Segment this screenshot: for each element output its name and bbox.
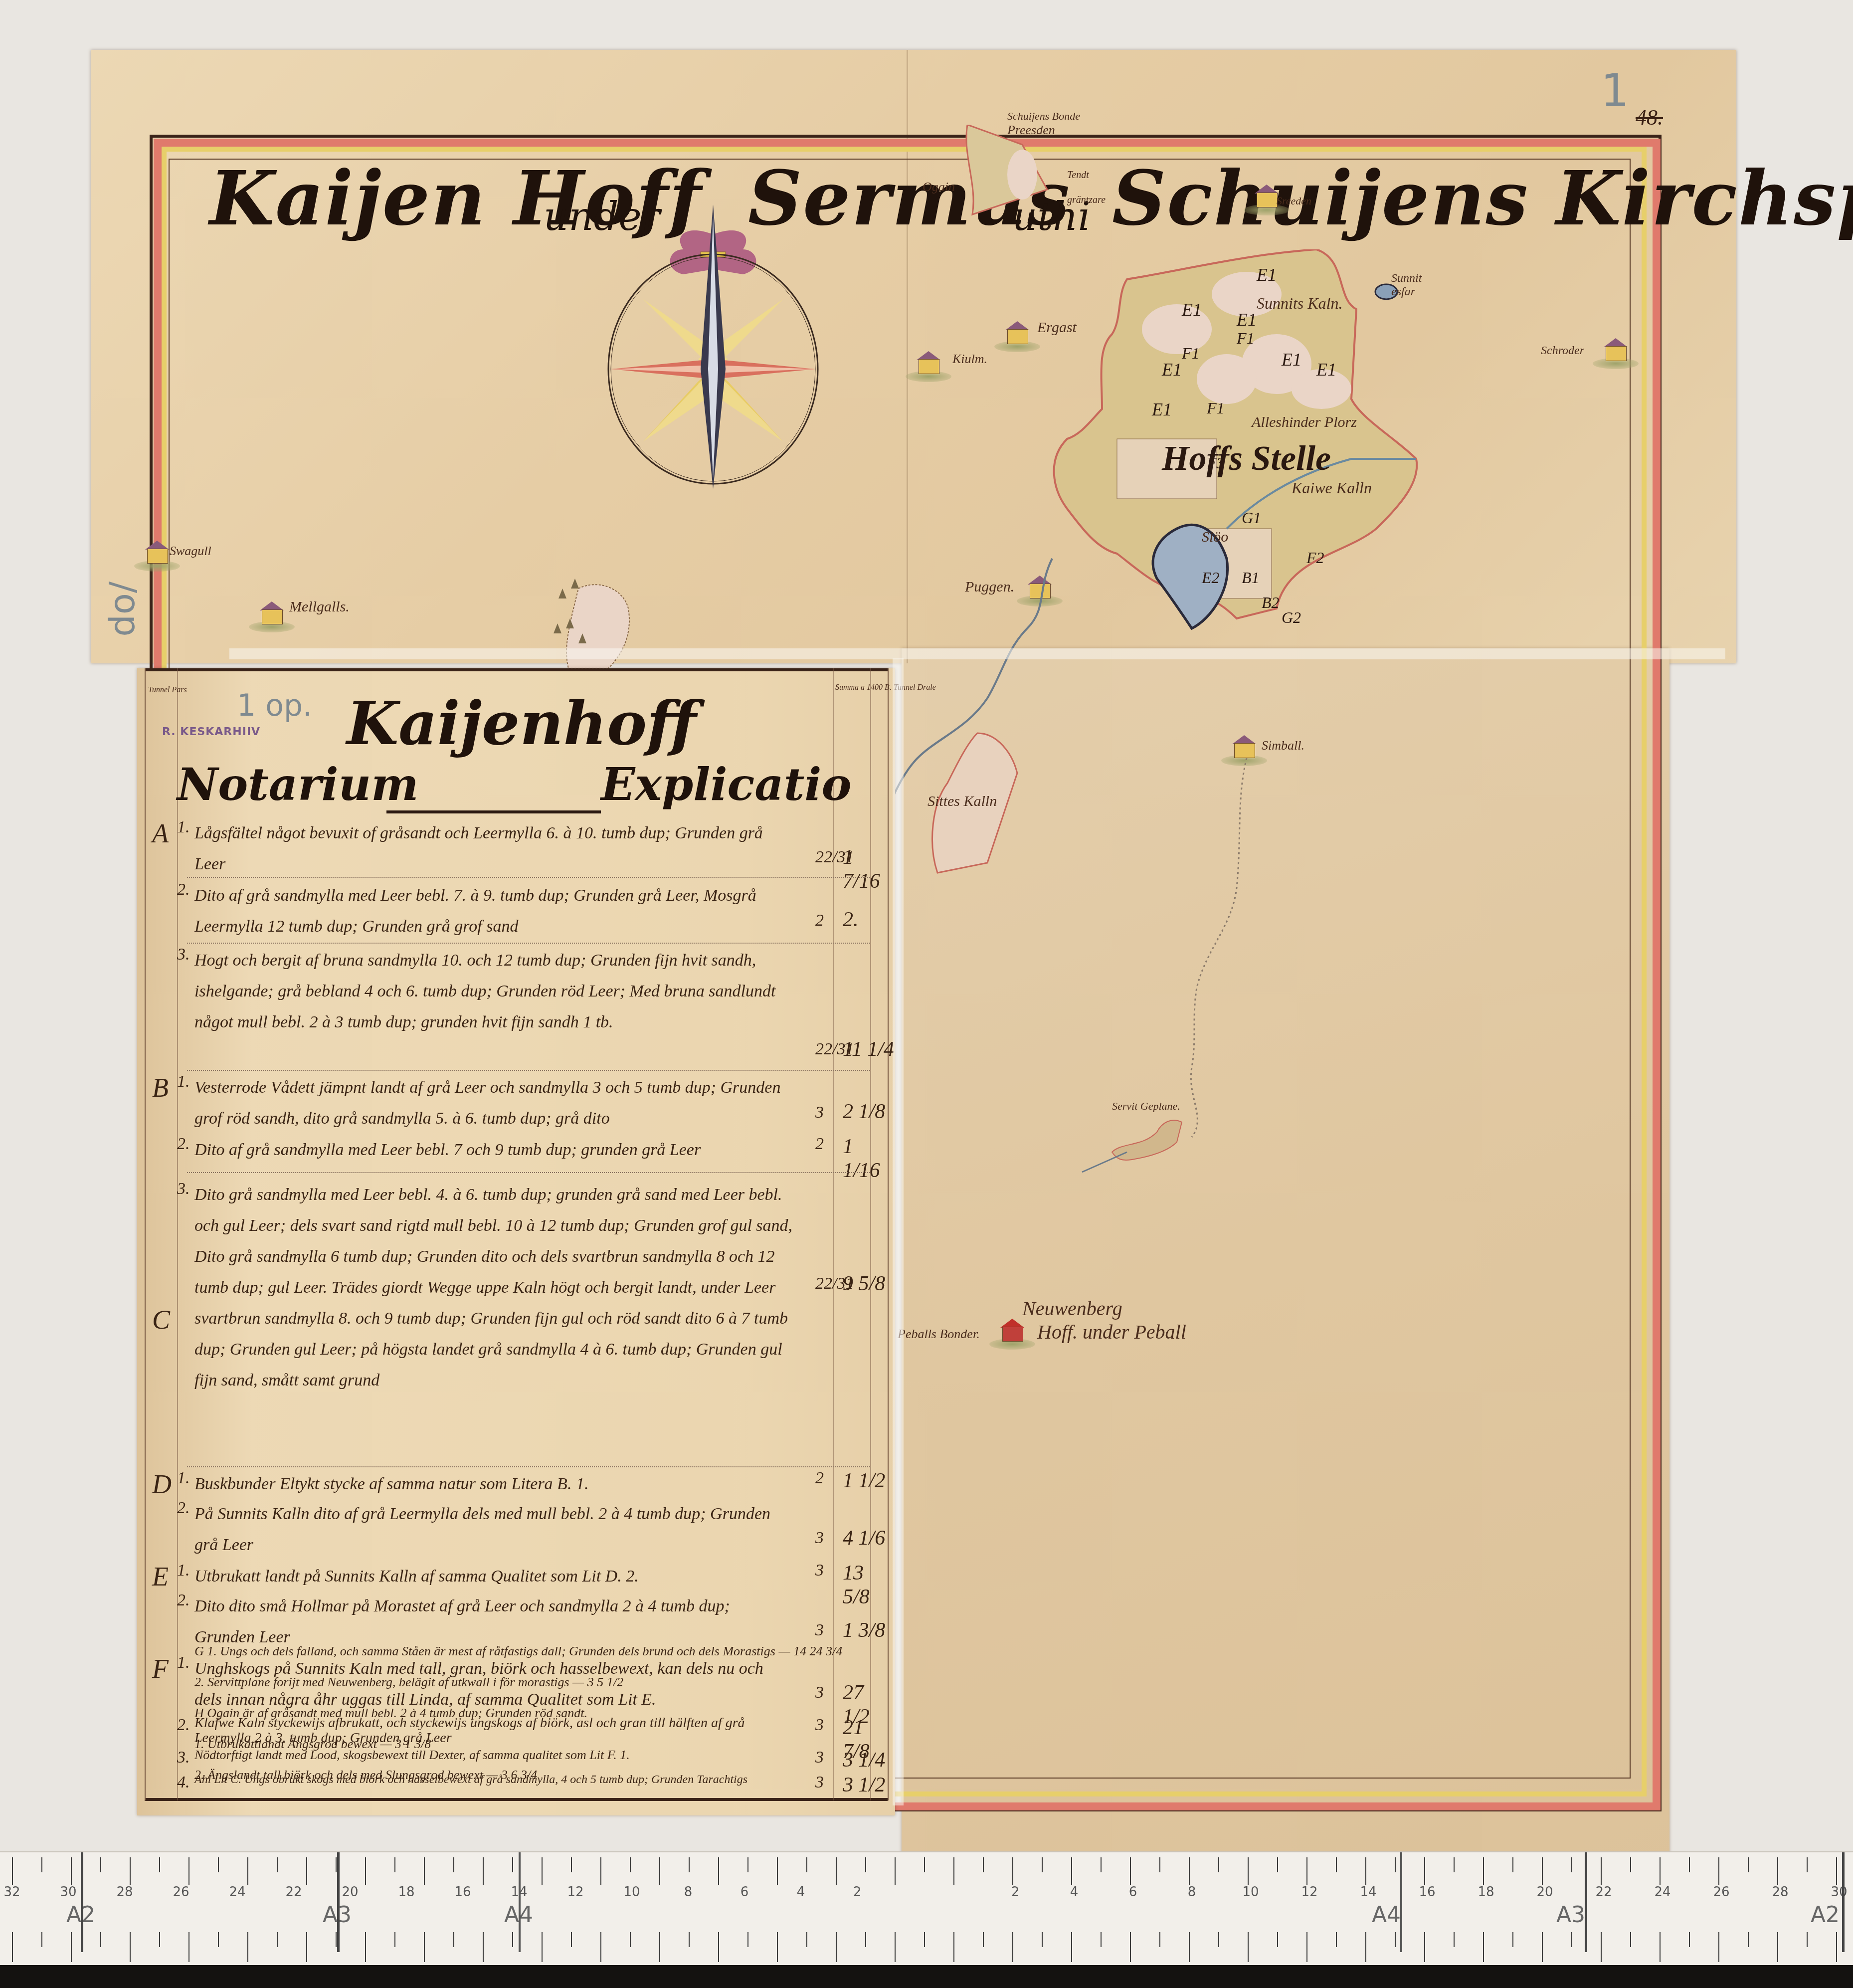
parcel-label: E1: [1182, 299, 1202, 320]
ruler-tick: [1660, 1857, 1661, 1885]
compass-rose-icon: [598, 204, 828, 494]
ruler-number: 12: [1301, 1885, 1317, 1900]
house-icon: [262, 609, 282, 623]
house-icon: [147, 549, 167, 563]
ruler-tick: [806, 1932, 807, 1947]
parcel-label: F1: [1207, 399, 1225, 417]
ruler-tick: [159, 1857, 160, 1872]
ruler-marker: [1400, 1852, 1402, 1952]
ruler-tick: [630, 1857, 631, 1872]
place-tendt: Tendt: [1067, 170, 1089, 181]
place-schuijens-bonde: Schuijens BondePreesden: [1007, 110, 1080, 138]
ruler-tick: [1630, 1932, 1631, 1947]
place-sunnits-kaln: Sunnits Kaln.: [1257, 294, 1342, 313]
place-simball: Simball.: [1262, 738, 1304, 753]
ruler-tick: [1189, 1932, 1190, 1962]
row-rule: [187, 943, 870, 944]
ruler-tick: [41, 1932, 42, 1947]
margin-pencil-note: do/: [102, 582, 143, 637]
ruler-marker: [337, 1852, 340, 1952]
ruler-label-a2: A2: [1811, 1902, 1840, 1928]
ruler-tick: [1748, 1932, 1749, 1947]
ruler-number: 16: [454, 1885, 471, 1900]
table-row: E1. Utbrukatt landt på Sunnits Kalln af …: [137, 1561, 895, 1591]
ruler-tick: [1248, 1932, 1249, 1962]
ruler-marker: [81, 1852, 83, 1952]
place-sunnit-esfar: Sunnitesfar: [1391, 272, 1422, 299]
ruler-tick: [1718, 1932, 1719, 1962]
table-row: A1. Lågsfältel något bevuxit of gråsandt…: [137, 818, 895, 878]
ruler-tick: [1159, 1932, 1160, 1947]
ruler-tick: [1012, 1932, 1013, 1962]
ruler-tick: [365, 1857, 366, 1885]
ruler-number: 20: [342, 1885, 358, 1900]
parcel-label: E1: [1257, 264, 1277, 285]
ruler-label-a4: A4: [1372, 1902, 1401, 1928]
ruler-tick: [865, 1932, 866, 1947]
ruler-number: 30: [1831, 1885, 1847, 1900]
ruler-tick: [1836, 1857, 1837, 1885]
table-row: 2. Servittplane forijt med Neuwenberg, b…: [194, 1667, 843, 1698]
sheet-number-pencil: 1: [1601, 65, 1629, 117]
ruler-number: 2: [1011, 1885, 1020, 1900]
ruler-number: 10: [623, 1885, 640, 1900]
ruler-tick: [1130, 1932, 1131, 1962]
row-rule: [187, 877, 870, 878]
ruler-tick: [1601, 1932, 1602, 1962]
parcel-label: E1: [1237, 309, 1257, 330]
ruler-tick: [600, 1932, 601, 1962]
ruler-tick: [306, 1857, 307, 1885]
ruler-tick: [159, 1932, 160, 1947]
ruler-number: 30: [60, 1885, 76, 1900]
house-icon: [1606, 346, 1626, 360]
parcel-label: E1: [1282, 349, 1301, 370]
ruler-tick: [1395, 1932, 1396, 1947]
place-grantzare: gräntzare: [1067, 195, 1106, 206]
table-row: D1. Buskbunder Eltykt stycke af samma na…: [137, 1469, 895, 1499]
table-row: H Ogain är af gråsandt med mull bebl. 2 …: [194, 1698, 843, 1729]
ruler-tick: [1542, 1932, 1543, 1962]
ruler-tick: [865, 1857, 866, 1872]
place-schroder: Schroder: [1541, 344, 1584, 358]
place-servit-geplane: Servit Geplane.: [1112, 1100, 1180, 1113]
ruler-tick: [747, 1857, 748, 1872]
house-icon: [919, 359, 938, 373]
ruler-number: 4: [797, 1885, 805, 1900]
ruler-tick: [512, 1932, 513, 1947]
ruler-tick: [218, 1857, 219, 1872]
ruler-tick: [1101, 1857, 1102, 1872]
ruler-tick: [1601, 1857, 1602, 1885]
table-row: B1. Vesterrode Vådett jämpnt landt af gr…: [137, 1072, 895, 1135]
map-title-part5: Schuijens Kirchspiel.: [1112, 155, 1853, 242]
row-rule: [187, 1172, 870, 1174]
ruler-tick: [1777, 1857, 1778, 1885]
ruler-tick: [777, 1932, 778, 1962]
parcel-label: B2: [1262, 594, 1280, 612]
place-sreeden: Sreeden: [1277, 195, 1311, 207]
ruler-tick: [394, 1857, 395, 1872]
ruler-number: 6: [741, 1885, 749, 1900]
ruler-tick: [1807, 1932, 1808, 1947]
ruler-tick: [718, 1932, 719, 1962]
ruler-tick: [1395, 1857, 1396, 1872]
ruler-tick: [1807, 1857, 1808, 1872]
archive-stamp: R. KESKARHIIV: [162, 726, 260, 738]
ruler-number: 8: [684, 1885, 693, 1900]
parcel-label: F2: [1306, 549, 1324, 567]
ruler-tick: [1454, 1932, 1455, 1947]
ruler-tick: [895, 1857, 896, 1885]
ruler-tick: [1012, 1857, 1013, 1885]
ruler-marker: [1842, 1852, 1845, 1952]
ruler-tick: [1365, 1932, 1366, 1962]
table-row: 2. Dito af grå sandmylla med Leer bebl. …: [137, 1135, 895, 1170]
ruler-tick: [100, 1932, 101, 1947]
place-hoffs-stelle: Hoffs Stelle: [1162, 439, 1331, 479]
corner-note-right: Summa a 1400 B. Tunnel Drale: [835, 683, 885, 692]
ruler-tick: [747, 1932, 748, 1947]
table-top-rule: [145, 668, 888, 671]
ruler-tick: [924, 1857, 925, 1872]
ruler-tick: [924, 1932, 925, 1947]
table-row: C3. Dito grå sandmylla med Leer bebl. 4.…: [137, 1180, 895, 1464]
ruler-tick: [542, 1857, 543, 1885]
ruler-tick: [718, 1857, 719, 1885]
table-title: Kaijenhoff: [347, 688, 696, 759]
ruler-tick: [983, 1932, 984, 1947]
ruler-tick: [1718, 1857, 1719, 1885]
pencil-note: 1 op.: [237, 688, 312, 723]
place-neuwenberg: NeuwenbergHoff. under Peball: [1022, 1297, 1186, 1344]
ruler-tick: [1336, 1932, 1337, 1947]
ruler-label-a3: A3: [1556, 1902, 1585, 1928]
ruler-tick: [1512, 1857, 1513, 1872]
parcel-label: E1: [1316, 359, 1336, 380]
ruler-tick: [71, 1932, 72, 1962]
ruler-tick: [483, 1857, 484, 1885]
row-rule: [187, 1070, 870, 1071]
ruler-number: 16: [1419, 1885, 1435, 1900]
ruler-tick: [1071, 1857, 1072, 1885]
place-ergast: Ergast: [1037, 319, 1077, 336]
ruler-tick: [100, 1857, 101, 1872]
place-peballs-bonder: Peballs Bonder.: [898, 1327, 980, 1342]
ruler-tick: [1689, 1857, 1690, 1872]
ruler-tick: [1836, 1932, 1837, 1962]
ruler-number: 26: [1713, 1885, 1729, 1900]
table-row: 2. På Sunnits Kalln dito af grå Leermyll…: [137, 1499, 895, 1559]
ruler-tick: [895, 1932, 896, 1962]
ruler-tick: [188, 1857, 189, 1885]
ruler-tick: [953, 1932, 954, 1962]
header-notarium: Notarium: [177, 758, 418, 811]
ruler-tick: [247, 1932, 248, 1962]
ruler-number: 6: [1129, 1885, 1137, 1900]
parcel-label: F1: [1182, 344, 1200, 363]
place-sittes-kalln: Sittes Kalln: [927, 793, 997, 810]
ruler-tick: [689, 1857, 690, 1872]
house-icon: [1007, 329, 1027, 343]
place-alleshinder: Alleshinder Plorz: [1252, 414, 1357, 431]
ruler-tick: [659, 1857, 660, 1885]
table-row: 2. Dito af grå sandmylla med Leer bebl. …: [137, 880, 895, 943]
ruler-tick: [600, 1857, 601, 1885]
ruler-number: 4: [1070, 1885, 1079, 1900]
ruler-tick: [1571, 1932, 1572, 1947]
ruler-number: 28: [116, 1885, 133, 1900]
parcel-label: E1: [1162, 359, 1182, 380]
ruler-number: 18: [398, 1885, 414, 1900]
ruler-tick: [1101, 1932, 1102, 1947]
ruler-tick: [1159, 1857, 1160, 1872]
ruler-tick: [836, 1857, 837, 1885]
ruler-tick: [453, 1857, 454, 1872]
ruler-tick: [512, 1857, 513, 1872]
table-row: 1. Utbrukattlandt Ängsgrod bewext — 3 1 …: [194, 1729, 843, 1760]
measurement-ruler: 32 30 28 26 24 22 20 18 16 14 12 10 8 6 …: [0, 1851, 1853, 1967]
ruler-tick: [424, 1857, 425, 1885]
repair-tape: [893, 658, 904, 1805]
ruler-number: 20: [1536, 1885, 1553, 1900]
place-ogain: Ogain: [923, 180, 955, 195]
ruler-tick: [1542, 1857, 1543, 1885]
parcel-label: G2: [1282, 608, 1301, 627]
ruler-marker: [519, 1852, 521, 1952]
ruler-number: 28: [1772, 1885, 1788, 1900]
ruler-tick: [983, 1857, 984, 1872]
ruler-number: 26: [173, 1885, 189, 1900]
house-icon: [1234, 743, 1254, 757]
place-sioo: Siöo: [1202, 529, 1228, 546]
house-icon: [1002, 1327, 1022, 1341]
ruler-number: 24: [229, 1885, 245, 1900]
ruler-tick: [1512, 1932, 1513, 1947]
ruler-number: 2: [853, 1885, 862, 1900]
ruler-tick: [836, 1932, 837, 1962]
ruler-tick: [12, 1857, 13, 1885]
parcel-label: F1: [1237, 329, 1255, 348]
ruler-tick: [365, 1932, 366, 1962]
ruler-tick: [1424, 1857, 1425, 1885]
ruler-tick: [394, 1932, 395, 1947]
ruler-tick: [1306, 1857, 1307, 1885]
ruler-tick: [1306, 1932, 1307, 1962]
ruler-tick: [41, 1857, 42, 1872]
row-rule: [187, 1466, 870, 1468]
header-explicatio: Explicatio: [601, 758, 851, 811]
ruler-tick: [1218, 1932, 1219, 1947]
ruler-tick: [218, 1932, 219, 1947]
house-icon: [1257, 193, 1277, 206]
table-lower-rows: G 1. Ungs och dels falland, och samma St…: [194, 1636, 843, 1790]
ruler-tick: [71, 1857, 72, 1885]
table-row: 3. Hogt och bergit af bruna sandmylla 10…: [137, 945, 895, 1070]
ruler-number: 24: [1654, 1885, 1670, 1900]
ruler-tick: [1071, 1932, 1072, 1962]
ruler-tick: [1189, 1857, 1190, 1885]
ruler-tick: [1689, 1932, 1690, 1947]
ruler-tick: [277, 1857, 278, 1872]
ruler-number: 14: [1360, 1885, 1376, 1900]
ruler-tick: [1483, 1932, 1484, 1962]
ruler-tick: [1571, 1857, 1572, 1872]
ruler-tick: [306, 1932, 307, 1962]
ruler-number: 22: [1595, 1885, 1612, 1900]
ruler-tick: [1042, 1857, 1043, 1872]
preesden-parcel: [962, 125, 1052, 224]
scanner-bed-edge: [0, 1965, 1853, 1988]
table-row: G 1. Ungs och dels falland, och samma St…: [194, 1636, 843, 1667]
ruler-tick: [542, 1932, 543, 1962]
ruler-tick: [277, 1932, 278, 1947]
ruler-tick: [1777, 1932, 1778, 1962]
parcel-label: E1: [1152, 399, 1172, 420]
ruler-tick: [777, 1857, 778, 1885]
parcel-label: G1: [1242, 509, 1261, 527]
place-kiulm: Kiulm.: [952, 352, 987, 367]
ruler-tick: [1365, 1857, 1366, 1885]
ruler-tick: [1218, 1857, 1219, 1872]
ruler-tick: [424, 1932, 425, 1962]
ruler-tick: [336, 1932, 337, 1947]
ruler-tick: [1277, 1857, 1278, 1872]
ruler-tick: [1130, 1857, 1131, 1885]
place-swagull: Swagull: [170, 544, 211, 559]
ruler-tick: [630, 1932, 631, 1947]
corner-note-left: Tunnel Pars: [148, 686, 183, 695]
ruler-marker: [1585, 1852, 1587, 1952]
ruler-number: 18: [1478, 1885, 1494, 1900]
ruler-tick: [571, 1857, 572, 1872]
ruler-tick: [1483, 1857, 1484, 1885]
ruler-tick: [1748, 1857, 1749, 1872]
ruler-tick: [689, 1932, 690, 1947]
place-kaiwe-kalln: Kaiwe Kalln: [1292, 479, 1372, 497]
ruler-tick: [1660, 1932, 1661, 1962]
ruler-number: 12: [567, 1885, 583, 1900]
ruler-tick: [1042, 1932, 1043, 1947]
ruler-tick: [806, 1857, 807, 1872]
header-underline: [386, 810, 601, 813]
table-bottom-rule: [145, 1798, 888, 1801]
ruler-number: 10: [1242, 1885, 1259, 1900]
sheet-number-ink: 48.: [1636, 105, 1663, 130]
repair-tape: [229, 648, 1725, 659]
parcel-label: B1: [1242, 569, 1260, 587]
ruler-tick: [130, 1932, 131, 1962]
parcel-label: E2: [1202, 569, 1220, 587]
ruler-tick: [336, 1857, 337, 1872]
ruler-tick: [12, 1932, 13, 1962]
ruler-tick: [483, 1932, 484, 1962]
ruler-number: 32: [3, 1885, 20, 1900]
place-mellgalls: Mellgalls.: [289, 598, 350, 615]
table-row: 2. Ängslandt tall biörk och dels med Slu…: [194, 1760, 843, 1790]
ruler-tick: [1336, 1857, 1337, 1872]
ruler-tick: [1454, 1857, 1455, 1872]
ruler-tick: [571, 1932, 572, 1947]
ruler-tick: [659, 1932, 660, 1962]
ruler-tick: [1277, 1932, 1278, 1947]
ruler-tick: [453, 1932, 454, 1947]
ruler-number: 8: [1188, 1885, 1196, 1900]
ruler-tick: [1424, 1932, 1425, 1962]
ruler-tick: [188, 1932, 189, 1962]
ruler-tick: [953, 1857, 954, 1885]
ruler-tick: [130, 1857, 131, 1885]
ruler-tick: [1248, 1857, 1249, 1885]
ruler-tick: [1630, 1857, 1631, 1872]
ruler-number: 22: [285, 1885, 302, 1900]
ruler-tick: [247, 1857, 248, 1885]
